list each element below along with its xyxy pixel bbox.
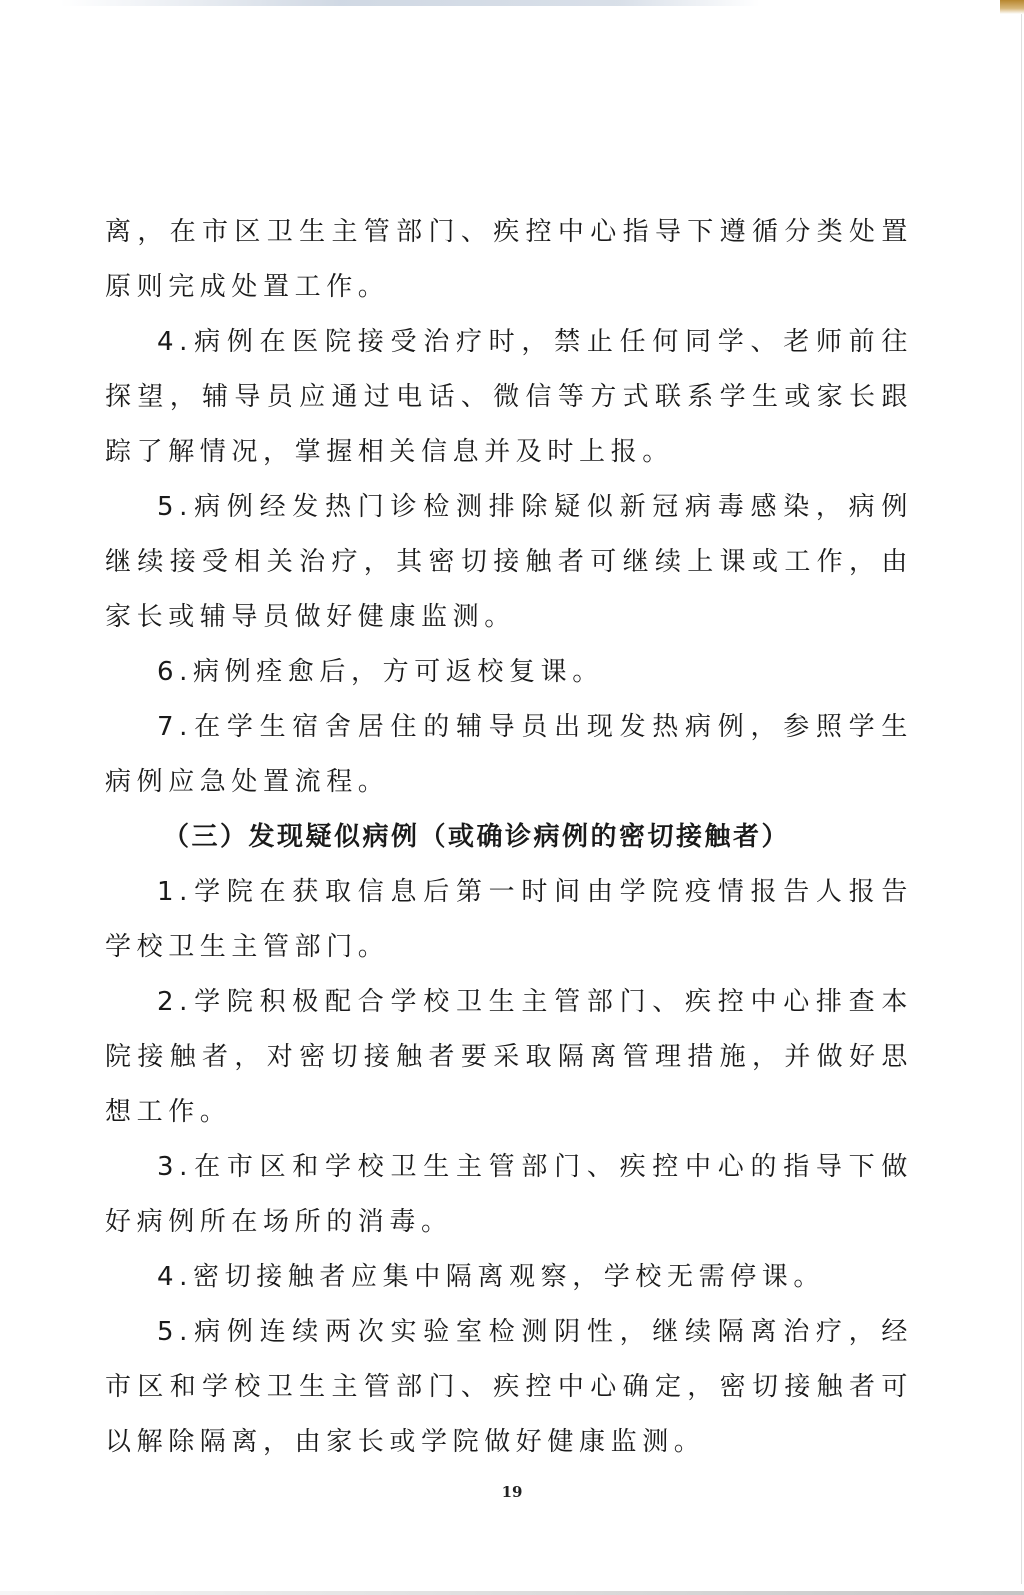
page-edge-bottom [0,1591,1024,1595]
paragraph-item-5-release-isolation: 5.病例连续两次实验室检测阴性，继续隔离治疗，经市区和学校卫生主管部门、疾控中心… [105,1305,913,1470]
paragraph-item-1-report: 1.学院在获取信息后第一时间由学院疫情报告人报告学校卫生主管部门。 [105,865,913,975]
section-heading-suspected-cases: （三）发现疑似病例（或确诊病例的密切接触者） [105,810,913,865]
paragraph-item-4-quarantine: 4.密切接触者应集中隔离观察，学校无需停课。 [105,1250,913,1305]
page-corner-shadow [1000,0,1024,14]
document-page-body: 离，在市区卫生主管部门、疾控中心指导下遵循分类处置原则完成处置工作。 4.病例在… [105,205,913,1470]
paragraph-item-3-disinfection: 3.在市区和学校卫生主管部门、疾控中心的指导下做好病例所在场所的消毒。 [105,1140,913,1250]
paragraph-item-2-contact-tracing: 2.学院积极配合学校卫生主管部门、疾控中心排查本院接触者，对密切接触者要采取隔离… [105,975,913,1140]
paragraph-item-7-counselor-fever: 7.在学生宿舍居住的辅导员出现发热病例，参照学生病例应急处置流程。 [105,700,913,810]
paragraph-continuation: 离，在市区卫生主管部门、疾控中心指导下遵循分类处置原则完成处置工作。 [105,205,913,315]
scan-bleed-through [60,0,760,6]
paragraph-item-4-hospital-visits: 4.病例在医院接受治疗时，禁止任何同学、老师前往探望，辅导员应通过电话、微信等方… [105,315,913,480]
paragraph-item-6-return-to-school: 6.病例痊愈后，方可返校复课。 [105,645,913,700]
paragraph-item-5-fever-clinic: 5.病例经发热门诊检测排除疑似新冠病毒感染，病例继续接受相关治疗，其密切接触者可… [105,480,913,645]
page-edge-right [1021,14,1022,1584]
page-number: 19 [0,1483,1024,1501]
